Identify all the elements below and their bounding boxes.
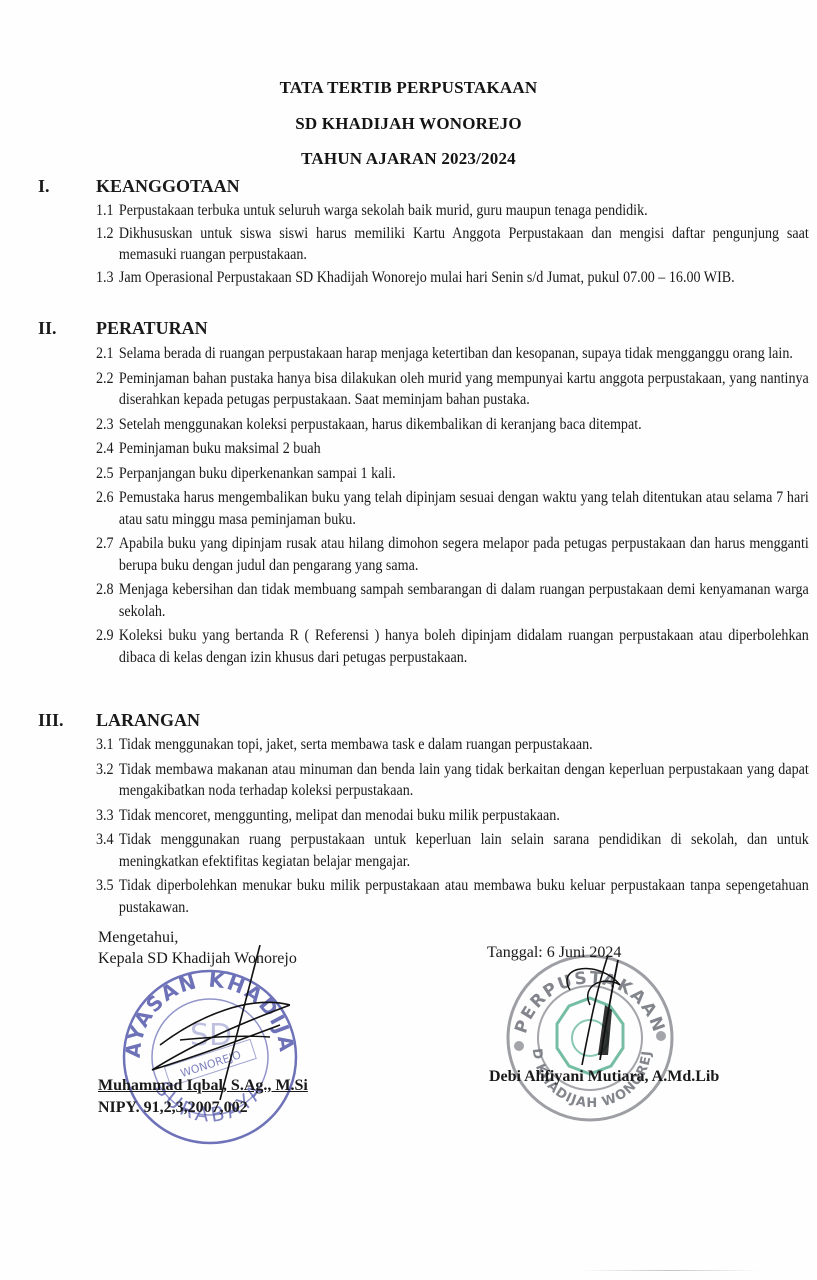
section-number: II. — [38, 318, 57, 339]
rule-number: 2.9 — [96, 625, 119, 647]
rule-text: Selama berada di ruangan perpustakaan ha… — [119, 345, 793, 362]
acknowledgement-block: Mengetahui, Kepala SD Khadijah Wonorejo — [98, 927, 297, 969]
rule-item: 2.7Apabila buku yang dipinjam rusak atau… — [96, 533, 809, 576]
rule-text: Setelah menggunakan koleksi perpustakaan… — [119, 416, 642, 433]
rule-number: 2.1 — [96, 343, 119, 365]
section-title: KEANGGOTAAN — [96, 176, 240, 197]
rule-number: 2.7 — [96, 533, 119, 555]
rule-text: Tidak membawa makanan atau minuman dan b… — [119, 761, 809, 800]
rule-item: 2.6Pemustaka harus mengembalikan buku ya… — [96, 487, 809, 530]
rule-number: 3.2 — [96, 759, 119, 781]
rule-item: 2.1Selama berada di ruangan perpustakaan… — [96, 343, 809, 365]
rule-number: 2.3 — [96, 414, 119, 436]
rule-number: 2.4 — [96, 438, 119, 460]
rule-item: 2.3Setelah menggunakan koleksi perpustak… — [96, 414, 809, 436]
rule-item: 2.5Perpanjangan buku diperkenankan sampa… — [96, 463, 809, 485]
rule-item: 3.2Tidak membawa makanan atau minuman da… — [96, 759, 809, 802]
rule-item: 3.1Tidak menggunakan topi, jaket, serta … — [96, 734, 809, 756]
rule-item: 1.2Dikhususkan untuk siswa siswi harus m… — [96, 223, 809, 266]
rule-number: 2.5 — [96, 463, 119, 485]
school-name: SD KHADIJAH WONOREJO — [0, 114, 817, 134]
rule-text: Tidak menggunakan ruang perpustakaan unt… — [119, 831, 809, 870]
rule-number: 2.8 — [96, 579, 119, 601]
rule-text: Tidak menggunakan topi, jaket, serta mem… — [119, 736, 593, 753]
rule-text: Peminjaman buku maksimal 2 buah — [119, 440, 321, 457]
rule-number: 3.3 — [96, 805, 119, 827]
rule-item: 3.4Tidak menggunakan ruang perpustakaan … — [96, 829, 809, 872]
rule-text: Menjaga kebersihan dan tidak membuang sa… — [119, 581, 809, 620]
rule-text: Perpanjangan buku diperkenankan sampai 1… — [119, 465, 396, 482]
librarian-name: Debi Alifiyani Mutiara, A.Md.Lib — [489, 1068, 719, 1086]
rule-text: Tidak diperbolehkan menukar buku milik p… — [119, 877, 809, 916]
rule-text: Pemustaka harus mengembalikan buku yang … — [119, 489, 809, 528]
rule-text: Tidak mencoret, menggunting, melipat dan… — [119, 807, 560, 824]
rule-text: Jam Operasional Perpustakaan SD Khadijah… — [119, 269, 735, 286]
rule-number: 2.6 — [96, 487, 119, 509]
rule-text: Apabila buku yang dipinjam rusak atau hi… — [119, 535, 809, 574]
rule-number: 1.1 — [96, 200, 119, 222]
section-number: I. — [38, 176, 50, 197]
principal-nip: NIPY. 91,2,3,2007,002 — [98, 1099, 248, 1117]
rule-item: 3.5Tidak diperbolehkan menukar buku mili… — [96, 875, 809, 918]
section-number: III. — [38, 710, 64, 731]
rule-text: Peminjaman bahan pustaka hanya bisa dila… — [119, 370, 809, 409]
rule-item: 1.3Jam Operasional Perpustakaan SD Khadi… — [96, 267, 809, 289]
rule-text: Koleksi buku yang bertanda R ( Referensi… — [119, 627, 809, 666]
principal-position: Kepala SD Khadijah Wonorejo — [98, 948, 297, 969]
document-title: TATA TERTIB PERPUSTAKAAN — [0, 78, 817, 98]
scan-artifact — [580, 1270, 760, 1271]
section-title: PERATURAN — [96, 318, 208, 339]
section-items-peraturan: 2.1Selama berada di ruangan perpustakaan… — [96, 343, 703, 671]
rule-item: 2.9Koleksi buku yang bertanda R ( Refere… — [96, 625, 809, 668]
rule-number: 3.5 — [96, 875, 119, 897]
rule-number: 2.2 — [96, 368, 119, 390]
rule-number: 1.3 — [96, 267, 119, 289]
rule-item: 1.1Perpustakaan terbuka untuk seluruh wa… — [96, 200, 809, 222]
rule-number: 3.4 — [96, 829, 119, 851]
academic-year: TAHUN AJARAN 2023/2024 — [0, 149, 817, 169]
section-items-keanggotaan: 1.1Perpustakaan terbuka untuk seluruh wa… — [96, 200, 703, 289]
acknowledged-label: Mengetahui, — [98, 927, 297, 948]
principal-name: Muhammad Iqbal, S.Ag., M.Si — [98, 1077, 308, 1095]
rule-number: 1.2 — [96, 223, 119, 245]
section-title: LARANGAN — [96, 710, 200, 731]
rule-text: Perpustakaan terbuka untuk seluruh warga… — [119, 202, 648, 219]
rule-text: Dikhususkan untuk siswa siswi harus memi… — [119, 225, 809, 264]
document-page: TATA TERTIB PERPUSTAKAAN SD KHADIJAH WON… — [0, 0, 817, 1280]
signature-right-icon — [560, 945, 640, 1075]
rule-item: 2.4Peminjaman buku maksimal 2 buah — [96, 438, 809, 460]
rule-item: 3.3Tidak mencoret, menggunting, melipat … — [96, 805, 809, 827]
rule-item: 2.2Peminjaman bahan pustaka hanya bisa d… — [96, 368, 809, 411]
rule-number: 3.1 — [96, 734, 119, 756]
document-date: Tanggal: 6 Juni 2024 — [487, 944, 621, 962]
section-items-larangan: 3.1Tidak menggunakan topi, jaket, serta … — [96, 734, 703, 921]
rule-item: 2.8Menjaga kebersihan dan tidak membuang… — [96, 579, 809, 622]
